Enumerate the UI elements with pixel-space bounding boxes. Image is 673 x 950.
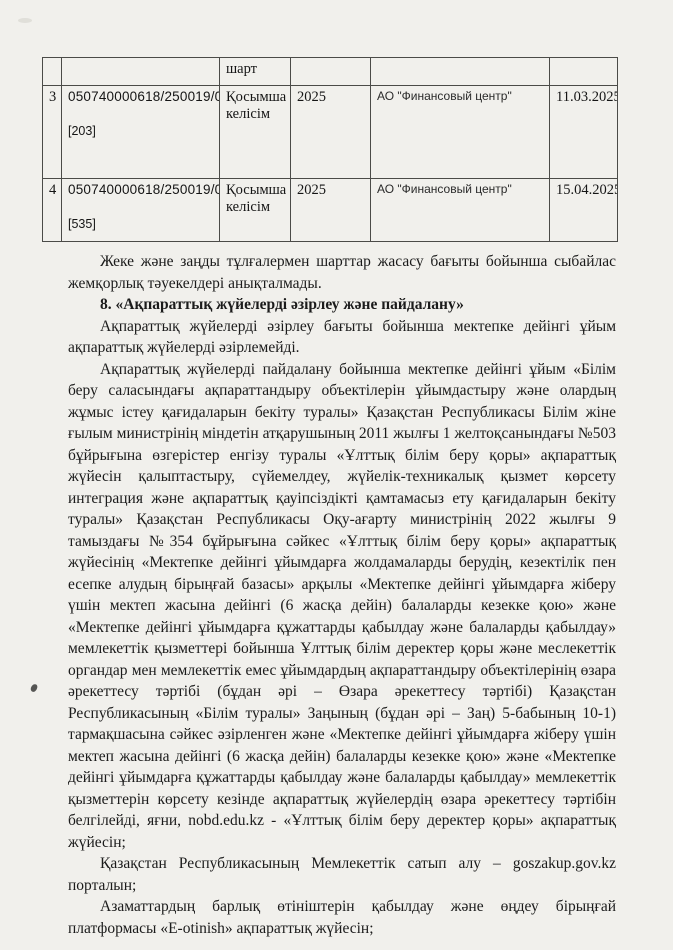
counterparty-cell: АО "Финансовый центр" (371, 179, 550, 242)
contract-number: 050740000618/250019/02 (68, 182, 213, 197)
table-row: 4 050740000618/250019/02 [535] Қосымша к… (43, 179, 618, 242)
scan-smudge-artifact (18, 18, 32, 23)
counterparty-cell: АО "Финансовый центр" (371, 86, 550, 179)
year-cell: 2025 (291, 179, 371, 242)
table-row: шарт (43, 58, 618, 86)
row-number-cell (43, 58, 62, 86)
counterparty-cell (371, 58, 550, 86)
year-cell: 2025 (291, 86, 371, 179)
contract-type-cell: Қосымша келісім (220, 179, 291, 242)
contract-number-cell: 050740000618/250019/02 [535] (62, 179, 220, 242)
ink-mark-artifact (30, 683, 38, 692)
paragraph-is-development: Ақпараттық жүйелерді әзірлеу бағыты бойы… (68, 316, 616, 359)
paragraph-corruption-risks: Жеке және заңды тұлғалермен шарттар жаса… (68, 251, 616, 294)
section-8-heading: 8. «Ақпараттық жүйелерді әзірлеу және па… (68, 294, 616, 316)
scanned-document-page: шарт 3 050740000618/250019/01 [203] Қосы… (0, 0, 673, 950)
table-row: 3 050740000618/250019/01 [203] Қосымша к… (43, 86, 618, 179)
date-cell (550, 58, 618, 86)
paragraph-is-usage: Ақпараттық жүйелерді пайдалану бойынша м… (68, 359, 616, 854)
contract-type-cell: шарт (220, 58, 291, 86)
contract-code: [535] (68, 217, 213, 231)
paragraph-eotinish: Азаматтардың барлық өтініштерін қабылдау… (68, 896, 616, 939)
contract-type-cell: Қосымша келісім (220, 86, 291, 179)
row-number-cell: 4 (43, 179, 62, 242)
contract-code: [203] (68, 124, 213, 138)
contract-number-cell: 050740000618/250019/01 [203] (62, 86, 220, 179)
date-cell: 11.03.2025 (550, 86, 618, 179)
row-number-cell: 3 (43, 86, 62, 179)
contract-number: 050740000618/250019/01 (68, 89, 213, 104)
paragraph-goszakup: Қазақстан Республикасының Мемлекеттік са… (68, 853, 616, 896)
contract-number-cell (62, 58, 220, 86)
year-cell (291, 58, 371, 86)
document-body-text: Жеке және заңды тұлғалермен шарттар жаса… (68, 251, 616, 939)
contracts-table: шарт 3 050740000618/250019/01 [203] Қосы… (42, 57, 618, 242)
date-cell: 15.04.2025 (550, 179, 618, 242)
